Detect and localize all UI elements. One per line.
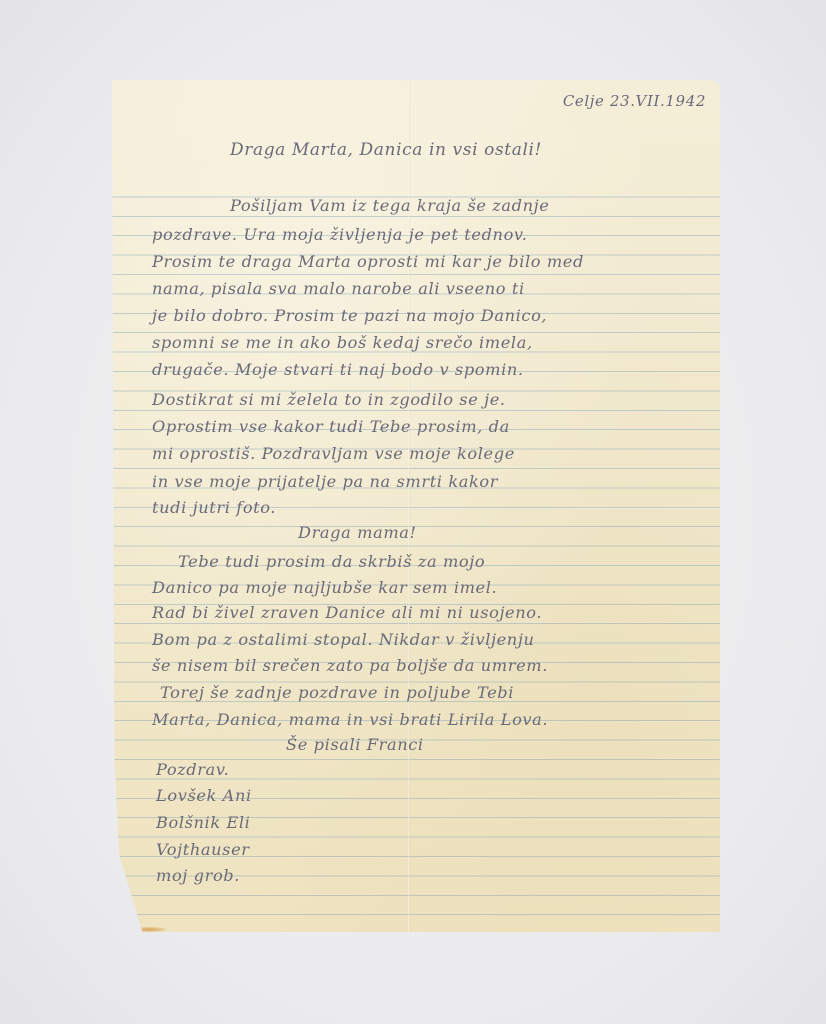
body-line: je bilo dobro. Prosim te pazi na mojo Da… [152,306,722,325]
letter-paper: Celje 23.VII.1942 Draga Marta, Danica in… [112,80,720,932]
second-body-line: Danico pa moje najljubše kar sem imel. [152,578,722,597]
body-line: pozdrave. Ura moja življenja je pet tedn… [152,225,722,244]
second-body-line: Rad bi živel zraven Danice ali mi ni uso… [152,603,722,622]
letter-date: Celje 23.VII.1942 [563,92,706,110]
second-body-line: Bom pa z ostalimi stopal. Nikdar v življ… [152,630,722,649]
body-line: Dostikrat si mi želela to in zgodilo se … [152,390,722,409]
body-line: drugače. Moje stvari ti naj bodo v spomi… [152,360,722,379]
postscript-line: Pozdrav. [156,760,726,779]
signature: Še pisali Franci [286,735,826,754]
body-line: in vse moje prijatelje pa na smrti kakor [152,472,722,491]
letter-greeting: Draga Marta, Danica in vsi ostali! [230,140,542,160]
second-greeting: Draga mama! [298,523,826,542]
postscript-line: Vojthauser [156,840,726,859]
second-body-line: še nisem bil srečen zato pa boljše da um… [152,656,722,675]
body-line: tudi jutri foto. [152,498,722,517]
body-line: mi oprostiš. Pozdravljam vse moje kolege [152,444,722,463]
paper-stain [132,927,166,932]
second-body-line: Torej še zadnje pozdrave in poljube Tebi [160,683,730,702]
body-line: Oprostim vse kakor tudi Tebe prosim, da [152,417,722,436]
postscript-line: moj grob. [156,866,726,885]
postscript-line: Lovšek Ani [156,786,726,805]
body-line: nama, pisala sva malo narobe ali vseeno … [152,279,722,298]
body-line: Prosim te draga Marta oprosti mi kar je … [152,252,722,271]
postscript-line: Bolšnik Eli [156,813,726,832]
body-line: spomni se me in ako boš kedaj srečo imel… [152,333,722,352]
second-body-line: Tebe tudi prosim da skrbiš za mojo [178,552,748,571]
body-line: Pošiljam Vam iz tega kraja še zadnje [230,196,800,215]
second-body-line: Marta, Danica, mama in vsi brati Lirila … [152,710,722,729]
